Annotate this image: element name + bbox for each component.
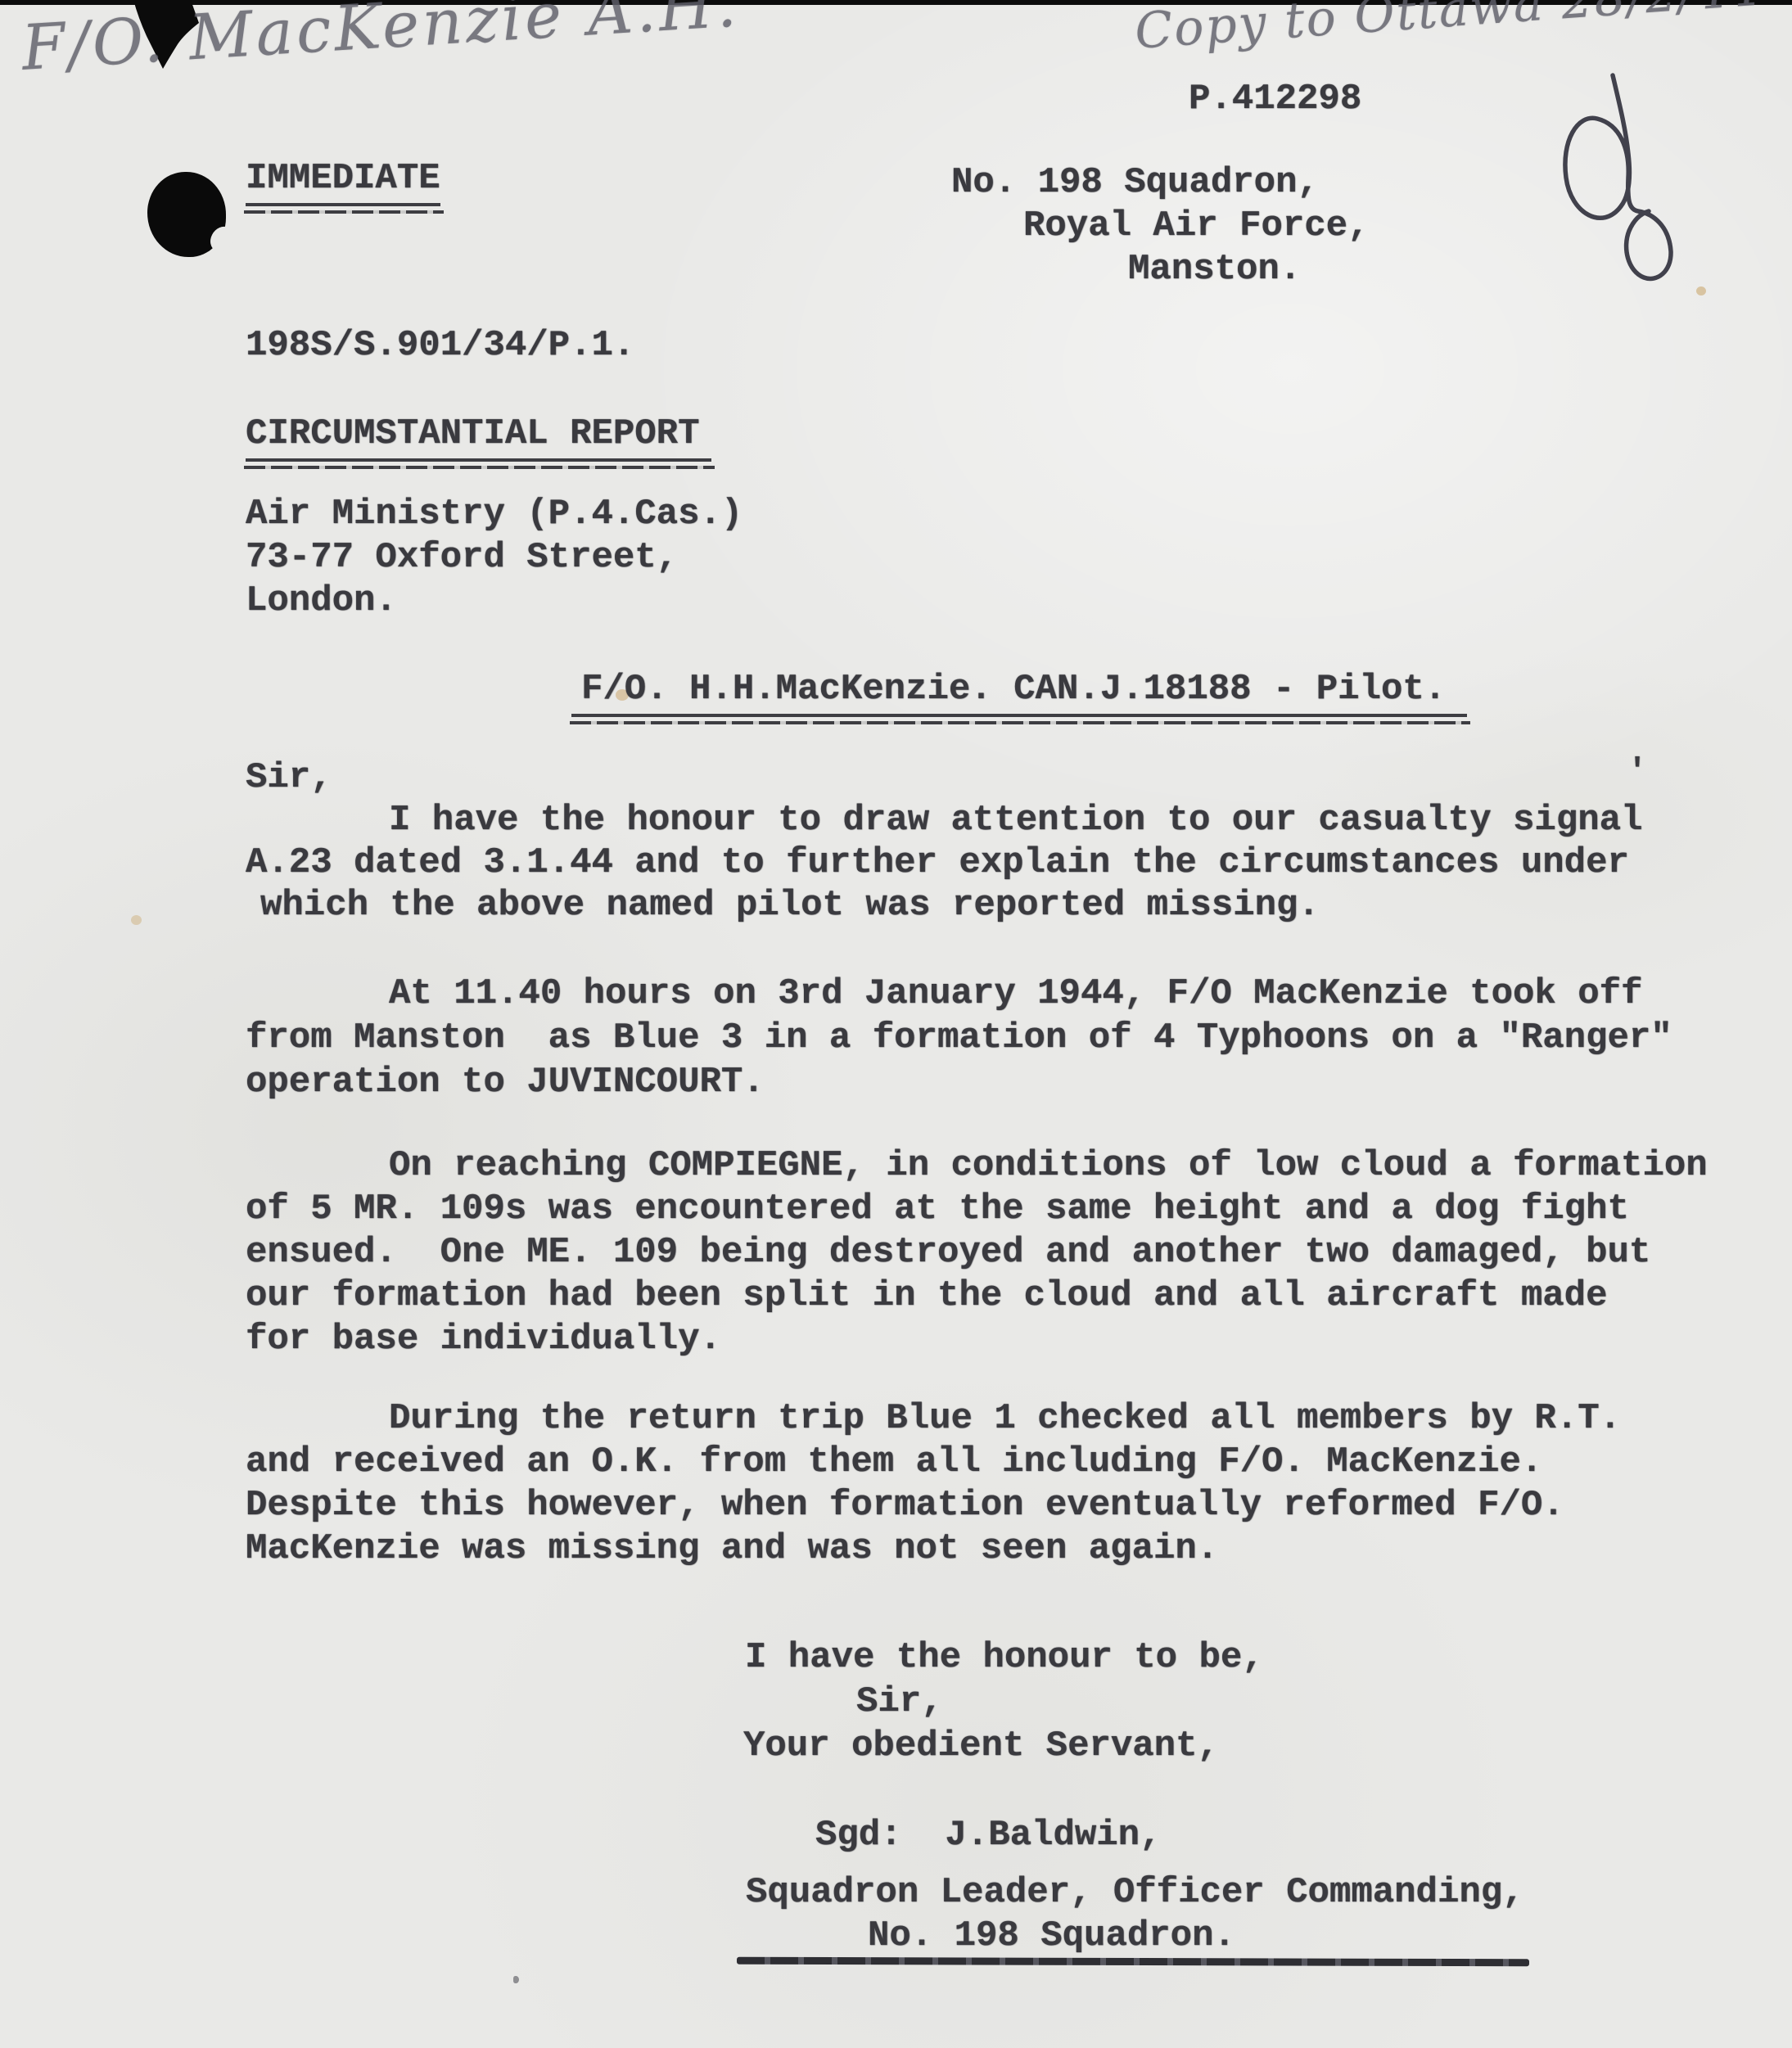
scanned-letter-page: F/O. MacKenzie A.H. Copy to Ottawa 28/2/… xyxy=(0,0,1792,2048)
reference-number: 198S/S.901/34/P.1. xyxy=(246,326,634,366)
body-line: MacKenzie was missing and was not seen a… xyxy=(246,1529,1218,1569)
stray-apostrophe-mark: ' xyxy=(1627,755,1647,792)
body-line: for base individually. xyxy=(246,1319,721,1360)
closing-line: I have the honour to be, xyxy=(745,1638,1264,1678)
report-title: CIRCUMSTANTIAL REPORT xyxy=(246,414,711,462)
body-line: During the return trip Blue 1 checked al… xyxy=(389,1399,1621,1439)
body-line: Despite this however, when formation eve… xyxy=(246,1486,1564,1526)
paper-stain xyxy=(131,915,142,925)
priority-label: IMMEDIATE xyxy=(246,159,440,206)
body-line: operation to JUVINCOURT. xyxy=(246,1062,765,1103)
sender-address-line: Manston. xyxy=(1128,250,1301,290)
subject-text: F/O. H.H.MacKenzie. CAN.J.18188 - Pilot. xyxy=(571,670,1467,717)
body-line: A.23 dated 3.1.44 and to further explain… xyxy=(246,843,1629,883)
file-number: P.412298 xyxy=(1189,79,1361,120)
body-line: our formation had been split in the clou… xyxy=(246,1276,1607,1316)
ink-speck xyxy=(513,1976,519,1983)
priority-stamp: IMMEDIATE xyxy=(246,159,440,206)
recipient-address-line: 73-77 Oxford Street, xyxy=(246,538,678,578)
body-line: and received an O.K. from them all inclu… xyxy=(246,1442,1542,1482)
body-line: from Manston as Blue 3 in a formation of… xyxy=(246,1018,1672,1058)
body-line: At 11.40 hours on 3rd January 1944, F/O … xyxy=(389,974,1642,1014)
recipient-address-line: Air Ministry (P.4.Cas.) xyxy=(246,494,743,535)
recipient-address-line: London. xyxy=(246,581,397,621)
body-line: ensued. One ME. 109 being destroyed and … xyxy=(246,1233,1650,1273)
salutation: Sir, xyxy=(246,758,332,798)
body-line: which the above named pilot was reported… xyxy=(260,886,1320,926)
sender-address-line: Royal Air Force, xyxy=(1023,206,1369,246)
signer-rank-line: Squadron Leader, Officer Commanding, xyxy=(746,1873,1524,1913)
signature-underline xyxy=(737,1957,1529,1967)
closing-line: Your obedient Servant, xyxy=(743,1726,1219,1766)
report-title-text: CIRCUMSTANTIAL REPORT xyxy=(246,414,711,462)
pen-squiggle xyxy=(1546,70,1701,300)
closing-line: Sir, xyxy=(856,1682,943,1722)
signature-line: Sgd: J.Baldwin, xyxy=(815,1816,1161,1856)
body-line: I have the honour to draw attention to o… xyxy=(389,801,1642,841)
subject-line: F/O. H.H.MacKenzie. CAN.J.18188 - Pilot. xyxy=(581,670,1467,717)
hole-punch xyxy=(147,172,226,257)
signer-unit-line: No. 198 Squadron. xyxy=(868,1916,1235,1956)
body-line: On reaching COMPIEGNE, in conditions of … xyxy=(389,1146,1708,1186)
sender-address-line: No. 198 Squadron, xyxy=(951,163,1319,203)
handwritten-copy-annotation: Copy to Ottawa 28/2/44 xyxy=(1133,0,1763,61)
handwritten-name-annotation: F/O. MacKenzie A.H. xyxy=(20,0,742,84)
body-line: of 5 MR. 109s was encountered at the sam… xyxy=(246,1189,1629,1229)
